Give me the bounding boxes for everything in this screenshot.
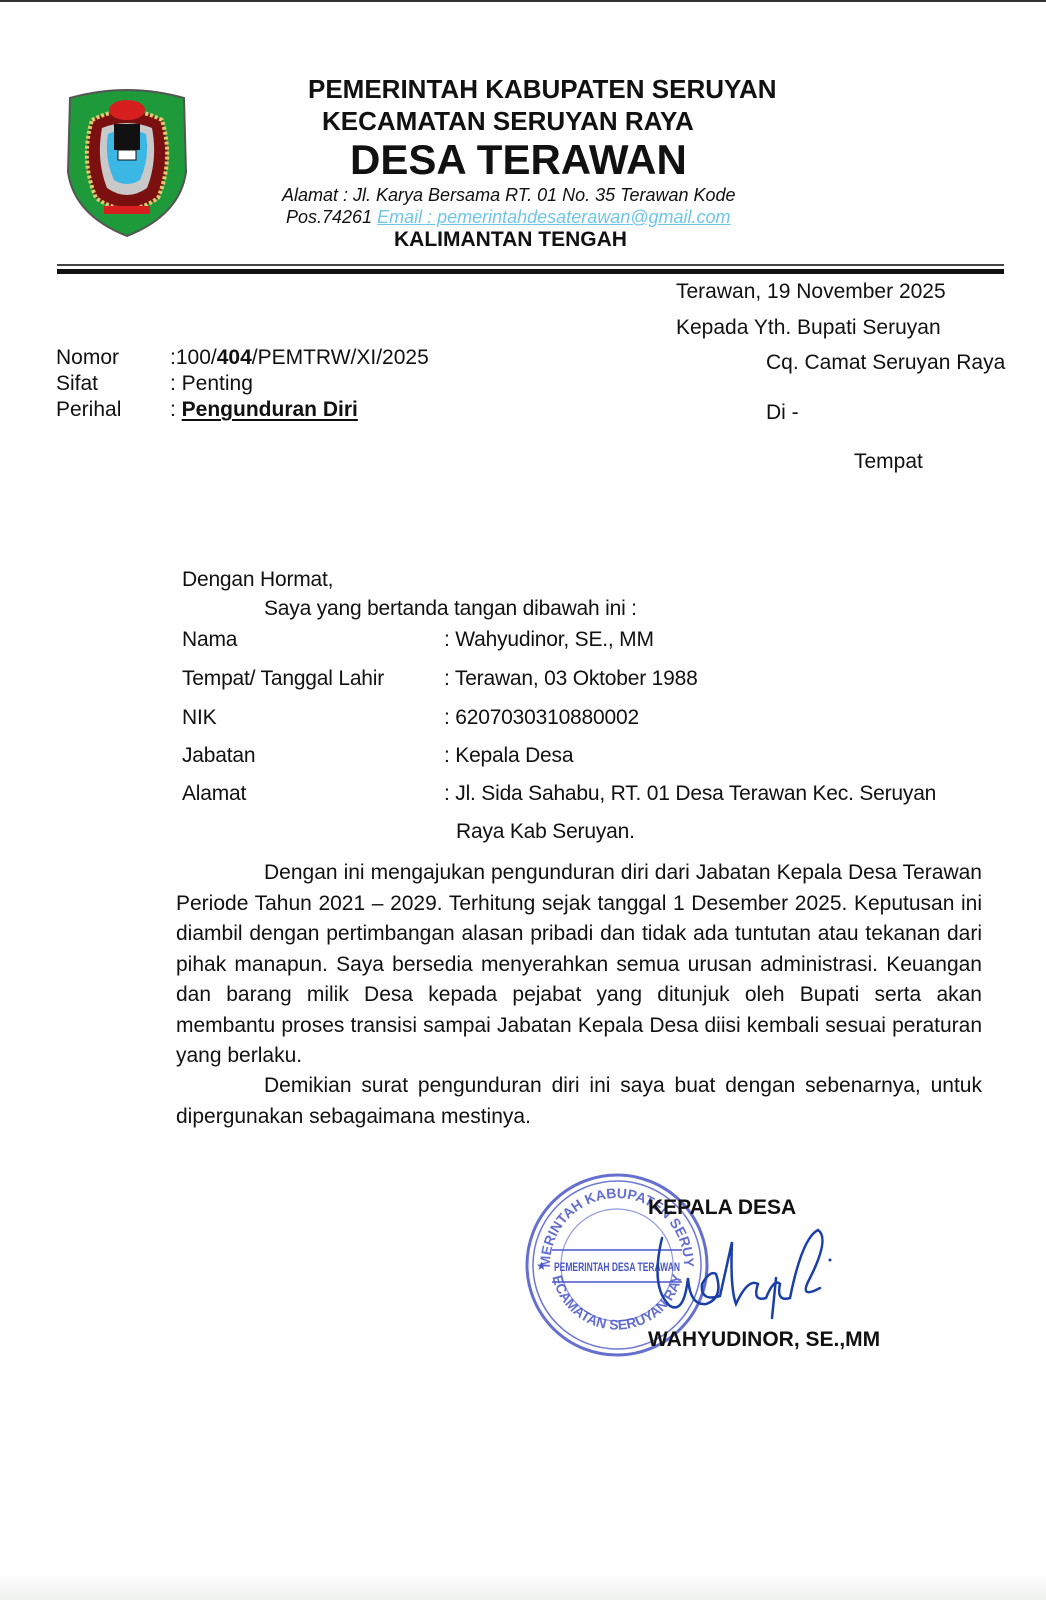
sifat-value: : Penting — [170, 372, 253, 396]
greeting: Dengan Hormat, — [182, 568, 333, 592]
field-value-alamat-cont: Raya Kab Seruyan. — [456, 820, 635, 844]
field-value-alamat: : Jl. Sida Sahabu, RT. 01 Desa Terawan K… — [444, 782, 936, 806]
field-value-nik: : 6207030310880002 — [444, 706, 639, 730]
regency-coat-of-arms-icon — [62, 80, 192, 240]
field-value-jabatan: : Kepala Desa — [444, 744, 573, 768]
recipient-cq: Cq. Camat Seruyan Raya — [766, 351, 1005, 375]
handwritten-signature-icon — [640, 1218, 840, 1328]
field-label-nama: Nama — [182, 628, 237, 652]
intro-line: Saya yang bertanda tangan dibawah ini : — [264, 597, 637, 621]
letterhead-district: KECAMATAN SERUYAN RAYA — [322, 106, 694, 137]
letterhead-village: DESA TERAWAN — [350, 136, 687, 184]
field-value-nama: : Wahyudinor, SE., MM — [444, 628, 654, 652]
field-label-jabatan: Jabatan — [182, 744, 255, 768]
body-paragraph-2: Demikian surat pengunduran diri ini saya… — [176, 1071, 982, 1132]
recipient-place: Tempat — [854, 450, 923, 474]
field-label-alamat: Alamat — [182, 782, 246, 806]
letterhead-regency: PEMERINTAH KABUPATEN SERUYAN — [308, 74, 777, 105]
recipient-di: Di - — [766, 401, 799, 425]
perihal-value: : Pengunduran Diri — [170, 398, 358, 422]
perihal-label: Perihal — [56, 398, 121, 422]
signatory-title: KEPALA DESA — [648, 1196, 796, 1220]
letterhead-province: KALIMANTAN TENGAH — [394, 228, 627, 252]
field-value-ttl: : Terawan, 03 Oktober 1988 — [444, 667, 698, 691]
svg-text:★: ★ — [536, 1259, 547, 1273]
page-bottom-edge — [0, 1572, 1046, 1600]
field-label-nik: NIK — [182, 706, 216, 730]
body-paragraph-1: Dengan ini mengajukan pengunduran diri d… — [176, 858, 982, 1072]
postal-code: Pos.74261 — [286, 207, 372, 227]
sifat-label: Sifat — [56, 372, 98, 396]
letterhead-address: Alamat : Jl. Karya Bersama RT. 01 No. 35… — [282, 185, 736, 206]
email-link[interactable]: Email : pemerintahdesaterawan@gmail.com — [377, 207, 730, 227]
letterhead-address-line2: Pos.74261 Email : pemerintahdesaterawan@… — [286, 207, 731, 228]
signatory-name: WAHYUDINOR, SE.,MM — [648, 1328, 880, 1352]
recipient-to: Kepada Yth. Bupati Seruyan — [676, 316, 941, 340]
nomor-value: :100/404/PEMTRW/XI/2025 — [170, 346, 429, 370]
letterhead-divider-thick — [57, 269, 1004, 274]
letter-date: Terawan, 19 November 2025 — [676, 280, 946, 304]
letterhead-divider-thin — [57, 264, 1004, 266]
nomor-label: Nomor — [56, 346, 119, 370]
field-label-ttl: Tempat/ Tanggal Lahir — [182, 667, 384, 691]
top-border — [0, 0, 1046, 2]
